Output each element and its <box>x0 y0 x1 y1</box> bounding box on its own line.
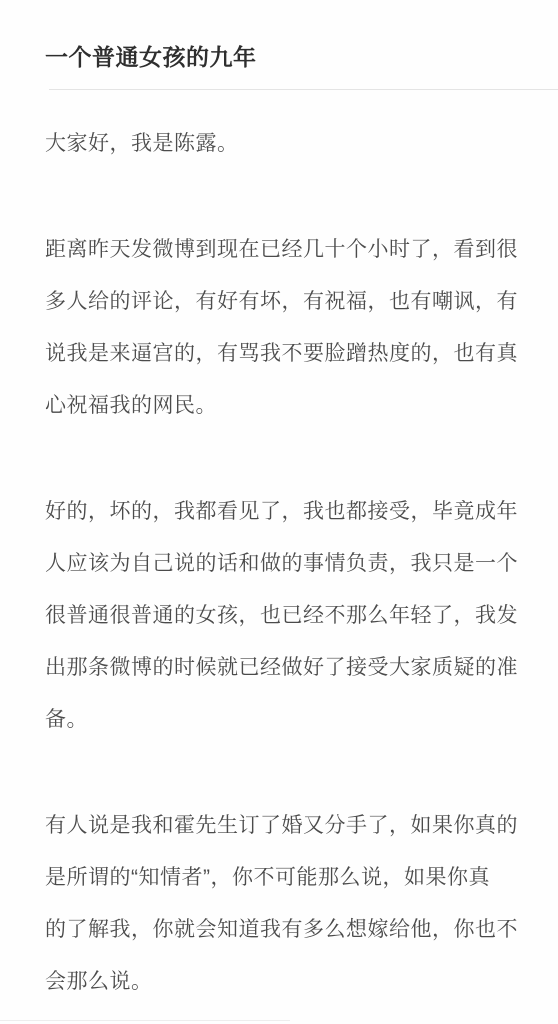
article-content: 一个普通女孩的九年 大家好，我是陈露。距离昨天发微博到现在已经几十个小时了，看到… <box>0 0 558 1008</box>
paragraph: 距离昨天发微博到现在已经几十个小时了，看到很多人给的评论，有好有坏，有祝福，也有… <box>45 224 512 432</box>
text-line: 好的，坏的，我都看见了，我也都接受，毕竟成年 <box>45 486 512 538</box>
text-line: 大家好，我是陈露。 <box>45 118 512 170</box>
text-line: 有人说是我和霍先生订了婚又分手了，如果你真的 <box>45 800 512 852</box>
text-line: 的了解我，你就会知道我有多么想嫁给他，你也不 <box>45 904 512 956</box>
text-line: 备。 <box>45 694 512 746</box>
text-line: 心祝福我的网民。 <box>45 380 512 432</box>
article-title: 一个普通女孩的九年 <box>45 0 512 71</box>
text-line: 距离昨天发微博到现在已经几十个小时了，看到很 <box>45 224 512 276</box>
text-line: 是所谓的“知情者”，你不可能那么说，如果你真 <box>45 852 512 904</box>
bottom-divider <box>0 1020 290 1021</box>
article-page: 一个普通女孩的九年 大家好，我是陈露。距离昨天发微博到现在已经几十个小时了，看到… <box>0 0 558 1024</box>
text-line: 人应该为自己说的话和做的事情负责，我只是一个 <box>45 538 512 590</box>
paragraph: 大家好，我是陈露。 <box>45 118 512 170</box>
text-line: 会那么说。 <box>45 956 512 1008</box>
text-line: 很普通很普通的女孩，也已经不那么年轻了，我发 <box>45 590 512 642</box>
text-line: 出那条微博的时候就已经做好了接受大家质疑的准 <box>45 642 512 694</box>
paragraph: 有人说是我和霍先生订了婚又分手了，如果你真的是所谓的“知情者”，你不可能那么说，… <box>45 800 512 1008</box>
article-body: 大家好，我是陈露。距离昨天发微博到现在已经几十个小时了，看到很多人给的评论，有好… <box>45 90 512 1008</box>
paragraph: 好的，坏的，我都看见了，我也都接受，毕竟成年人应该为自己说的话和做的事情负责，我… <box>45 486 512 746</box>
text-line: 说我是来逼宫的，有骂我不要脸蹭热度的，也有真 <box>45 328 512 380</box>
text-line: 多人给的评论，有好有坏，有祝福，也有嘲讽，有 <box>45 276 512 328</box>
